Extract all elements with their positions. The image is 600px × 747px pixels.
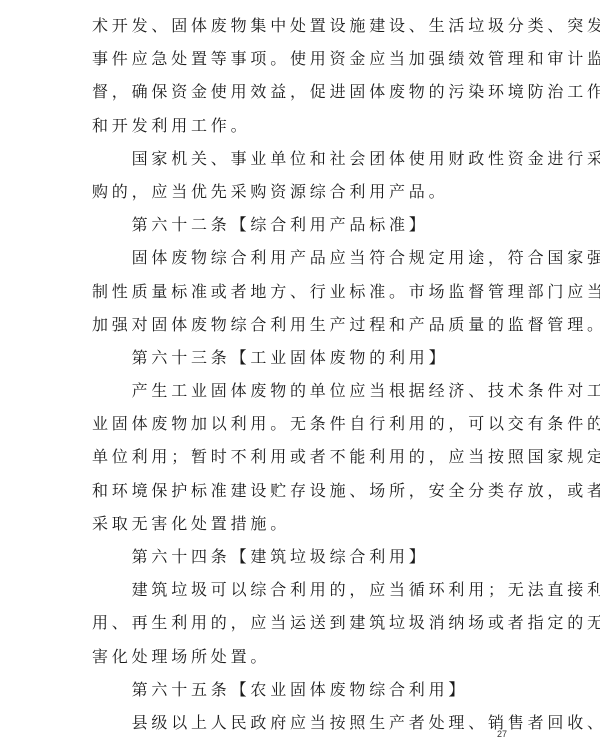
text-line: 采取无害化处置措施。: [92, 507, 512, 540]
paragraph-start: 国家机关、事业单位和社会团体使用财政性资金进行采: [92, 142, 512, 175]
article-64-heading: 第六十四条【建筑垃圾综合利用】: [92, 540, 512, 573]
text-line: 用、再生利用的，应当运送到建筑垃圾消纳场或者指定的无: [92, 606, 512, 639]
article-63-heading: 第六十三条【工业固体废物的利用】: [92, 341, 512, 374]
text-line: 单位利用；暂时不利用或者不能利用的，应当按照国家规定: [92, 440, 512, 473]
text-line: 业固体废物加以利用。无条件自行利用的，可以交有条件的: [92, 407, 512, 440]
text-line: 督，确保资金使用效益，促进固体废物的污染环境防治工作: [92, 75, 512, 108]
page-number: 27: [497, 729, 507, 739]
article-62-heading: 第六十二条【综合利用产品标准】: [92, 208, 512, 241]
paragraph-start: 县级以上人民政府应当按照生产者处理、销售者回收、: [92, 706, 512, 739]
paragraph-start: 固体废物综合利用产品应当符合规定用途，符合国家强: [92, 241, 512, 274]
text-line: 加强对固体废物综合利用生产过程和产品质量的监督管理。: [92, 308, 512, 341]
text-line: 事件应急处置等事项。使用资金应当加强绩效管理和审计监: [92, 42, 512, 75]
page-content: 术开发、固体废物集中处置设施建设、生活垃圾分类、突发 事件应急处置等事项。使用资…: [92, 9, 512, 739]
paragraph-start: 建筑垃圾可以综合利用的，应当循环利用；无法直接利: [92, 573, 512, 606]
text-line: 害化处理场所处置。: [92, 640, 512, 673]
text-line: 和环境保护标准建设贮存设施、场所，安全分类存放，或者: [92, 474, 512, 507]
text-line: 术开发、固体废物集中处置设施建设、生活垃圾分类、突发: [92, 9, 512, 42]
text-line: 购的，应当优先采购资源综合利用产品。: [92, 175, 512, 208]
document-page: 术开发、固体废物集中处置设施建设、生活垃圾分类、突发 事件应急处置等事项。使用资…: [0, 0, 600, 747]
article-65-heading: 第六十五条【农业固体废物综合利用】: [92, 673, 512, 706]
text-line: 制性质量标准或者地方、行业标准。市场监督管理部门应当: [92, 275, 512, 308]
paragraph-start: 产生工业固体废物的单位应当根据经济、技术条件对工: [92, 374, 512, 407]
text-line: 和开发利用工作。: [92, 109, 512, 142]
